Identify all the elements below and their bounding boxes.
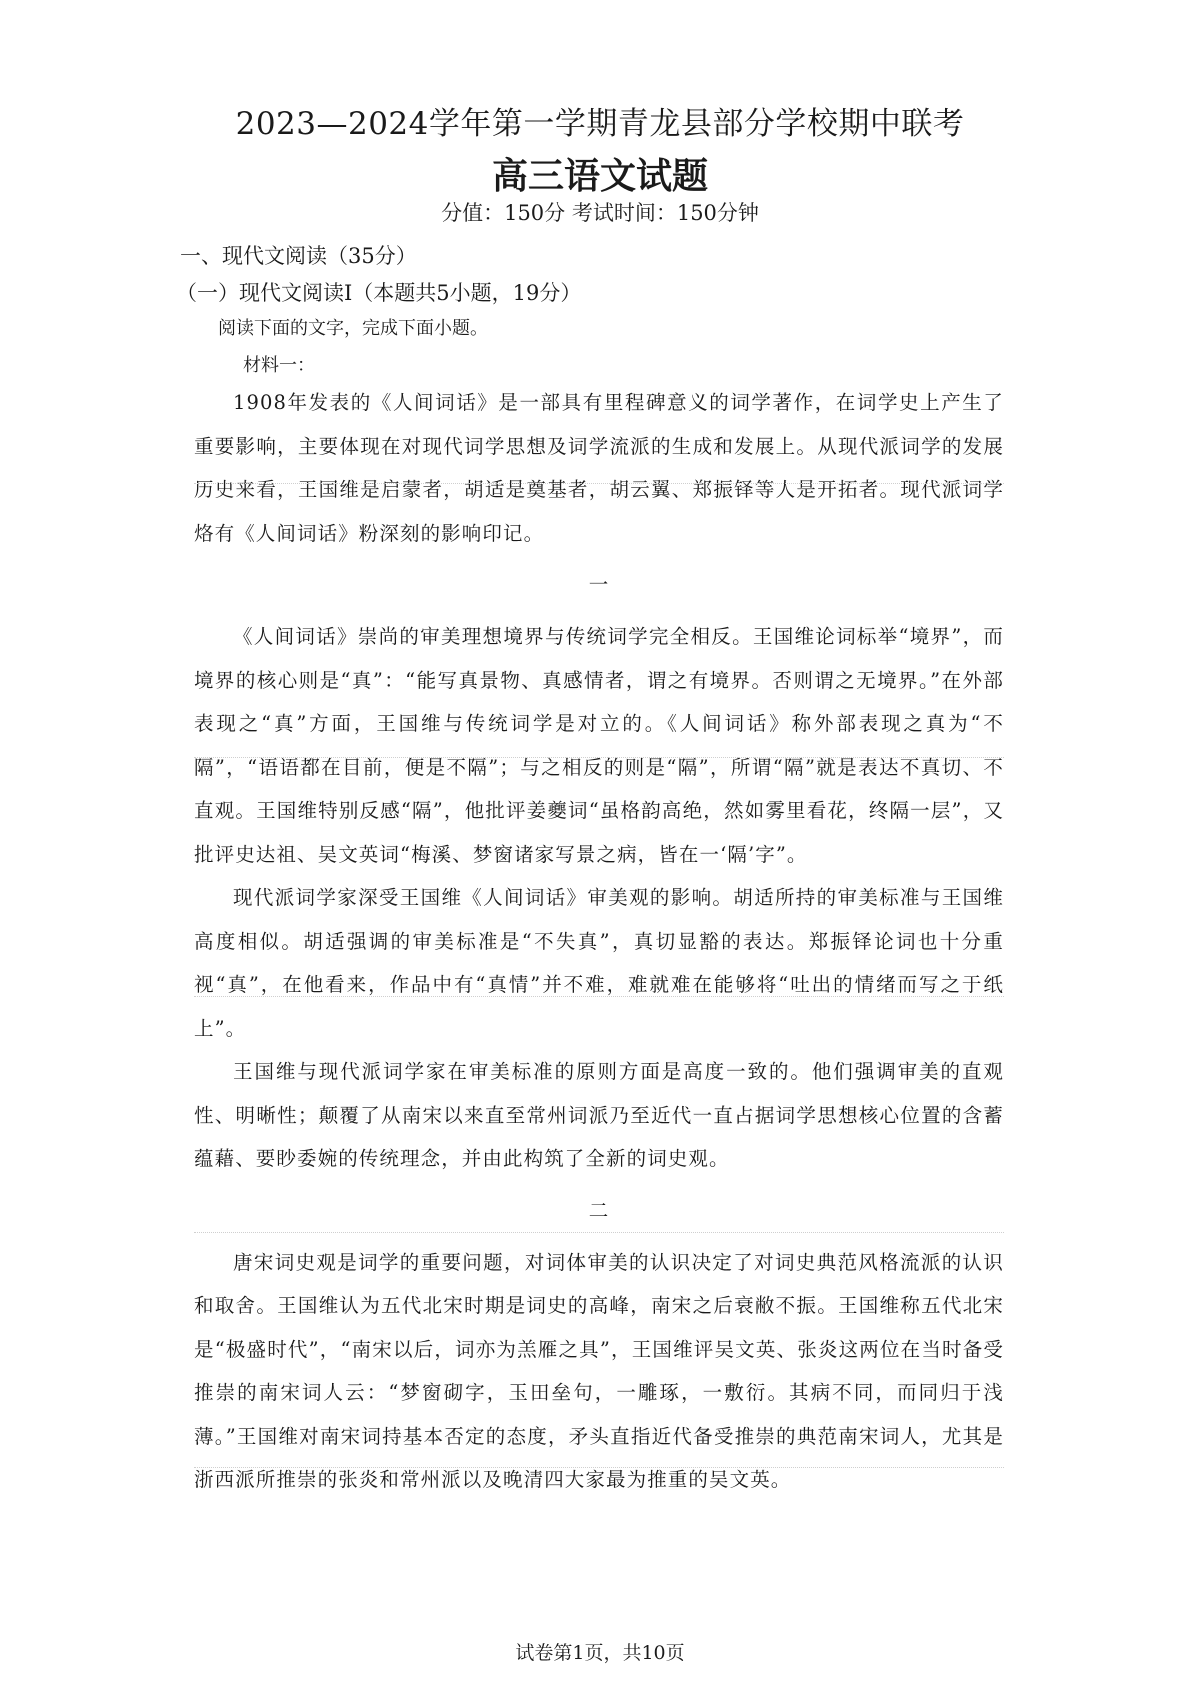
- exam-title: 2023—2024学年第一学期青龙县部分学校期中联考: [0, 98, 1200, 143]
- dotted-rule: [194, 996, 1004, 997]
- dotted-rule: [194, 757, 1004, 758]
- passage-body: 1908年发表的《人间词话》是一部具有里程碑意义的词学著作，在词学史上产生了重要…: [194, 381, 1004, 1502]
- paragraph-intro: 1908年发表的《人间词话》是一部具有里程碑意义的词学著作，在词学史上产生了重要…: [194, 381, 1004, 555]
- dotted-rule: [194, 1467, 1004, 1468]
- instruction-text: 阅读下面的文字，完成下面小题。: [218, 314, 488, 340]
- paragraph: 王国维与现代派词学家在审美标准的原则方面是高度一致的。他们强调审美的直观性、明晰…: [194, 1050, 1004, 1181]
- paragraph: 《人间词话》崇尚的审美理想境界与传统词学完全相反。王国维论词标举“境界”，而境界…: [194, 615, 1004, 876]
- section-title: 一、现代文阅读（35分）: [180, 240, 417, 270]
- material-label: 材料一：: [243, 351, 315, 377]
- paragraph: 唐宋词史观是词学的重要问题，对词体审美的认识决定了对词史典范风格流派的认识和取舍…: [194, 1241, 1004, 1502]
- subject-title: 高三语文试题: [0, 148, 1200, 199]
- paragraph: 现代派词学家深受王国维《人间词话》审美观的影响。胡适所持的审美标准与王国维高度相…: [194, 876, 1004, 1050]
- subsection-title: （一）现代文阅读Ⅰ（本题共5小题，19分）: [176, 277, 581, 307]
- page-footer: 试卷第1页，共10页: [0, 1638, 1200, 1665]
- exam-page: 2023—2024学年第一学期青龙县部分学校期中联考 高三语文试题 分值：150…: [0, 0, 1200, 1698]
- part-label-1: 一: [194, 555, 1004, 615]
- score-info: 分值：150分 考试时间：150分钟: [0, 197, 1200, 227]
- dotted-rule: [194, 483, 1004, 484]
- dotted-rule: [194, 1232, 1004, 1233]
